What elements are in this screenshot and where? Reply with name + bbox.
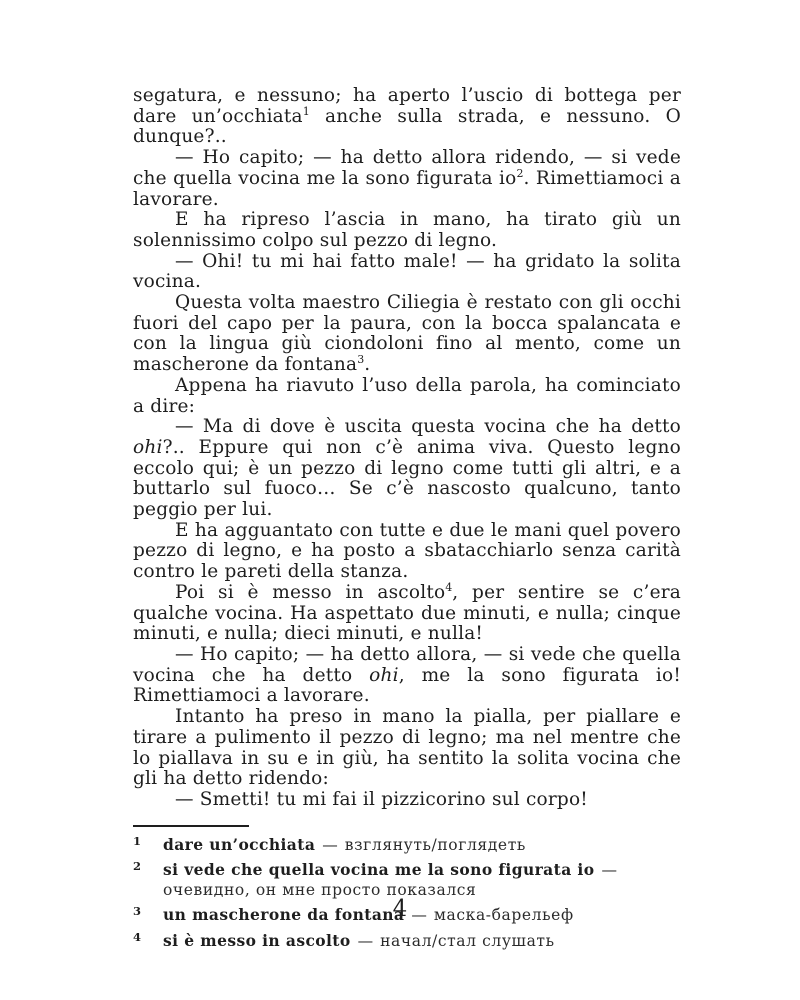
book-page: segatura, e nessuno; ha aperto l’uscio d…: [0, 0, 800, 1000]
footnote-term: si vede che quella vocina me la sono fig…: [163, 860, 594, 879]
footnote-marker: 2: [133, 857, 141, 877]
text-run: Appena ha riavuto l’uso della parola, ha…: [133, 375, 681, 417]
paragraph: E ha ripreso l’ascia in mano, ha tirato …: [133, 210, 681, 251]
footnote-translation: начал/стал слушать: [380, 932, 555, 950]
text-run: ?.. Eppure qui non c’è anima viva. Quest…: [133, 437, 681, 520]
page-number: 4: [0, 896, 800, 922]
paragraph: — Ma di dove è uscita questa vocina che …: [133, 417, 681, 521]
text-run: .: [364, 354, 370, 375]
footnote-dash: —: [358, 932, 374, 950]
footnote-marker: 4: [133, 928, 141, 948]
paragraph: — Ho capito; — ha detto allora ridendo, …: [133, 148, 681, 210]
paragraph: Appena ha riavuto l’uso della parola, ha…: [133, 376, 681, 417]
text-run: Intanto ha preso in mano la pialla, per …: [133, 706, 681, 789]
text-run: E ha ripreso l’ascia in mano, ha tirato …: [133, 209, 681, 251]
footnote-separator-rule: [133, 825, 249, 827]
text-run: — Ma di dove è uscita questa vocina che …: [175, 416, 681, 437]
footnote: 2si vede che quella vocina me la sono fi…: [133, 860, 681, 900]
text-run: E ha agguantato con tutte e due le mani …: [133, 520, 681, 582]
footnote-dash: —: [601, 861, 617, 879]
text-run: — Ohi! tu mi hai fatto male! — ha gridat…: [133, 251, 681, 293]
text-run: — Smetti! tu mi fai il pizzicorino sul c…: [175, 789, 588, 810]
paragraph: E ha agguantato con tutte e due le mani …: [133, 521, 681, 583]
text-run: Questa volta maestro Ciliegia è restato …: [133, 292, 681, 375]
paragraph: segatura, e nessuno; ha aperto l’uscio d…: [133, 86, 681, 148]
italic-text-run: ohi: [369, 665, 399, 686]
text-run: Poi si è messo in ascolto: [175, 582, 445, 603]
footnote: 4si è messo in ascolto—начал/стал слушат…: [133, 931, 681, 952]
text-block: segatura, e nessuno; ha aperto l’uscio d…: [133, 86, 681, 956]
footnote-term: si è messo in ascolto: [163, 931, 351, 950]
footnote-marker: 1: [133, 832, 141, 852]
paragraph: Intanto ha preso in mano la pialla, per …: [133, 707, 681, 790]
paragraph: — Ho capito; — ha detto allora, — si ved…: [133, 645, 681, 707]
paragraph: — Ohi! tu mi hai fatto male! — ha gridat…: [133, 252, 681, 293]
footnote-ref: 2: [517, 167, 524, 180]
italic-text-run: ohi: [133, 437, 163, 458]
footnote: 1dare un’occhiata—взглянуть/поглядеть: [133, 835, 681, 856]
footnote-translation: взглянуть/поглядеть: [345, 836, 526, 854]
footnote-term: dare un’occhiata: [163, 835, 315, 854]
paragraph: — Smetti! tu mi fai il pizzicorino sul c…: [133, 790, 681, 811]
paragraph: Poi si è messo in ascolto4, per sentire …: [133, 583, 681, 645]
paragraph: Questa volta maestro Ciliegia è restato …: [133, 293, 681, 376]
footnote-ref: 1: [303, 105, 310, 118]
footnote-dash: —: [322, 836, 338, 854]
